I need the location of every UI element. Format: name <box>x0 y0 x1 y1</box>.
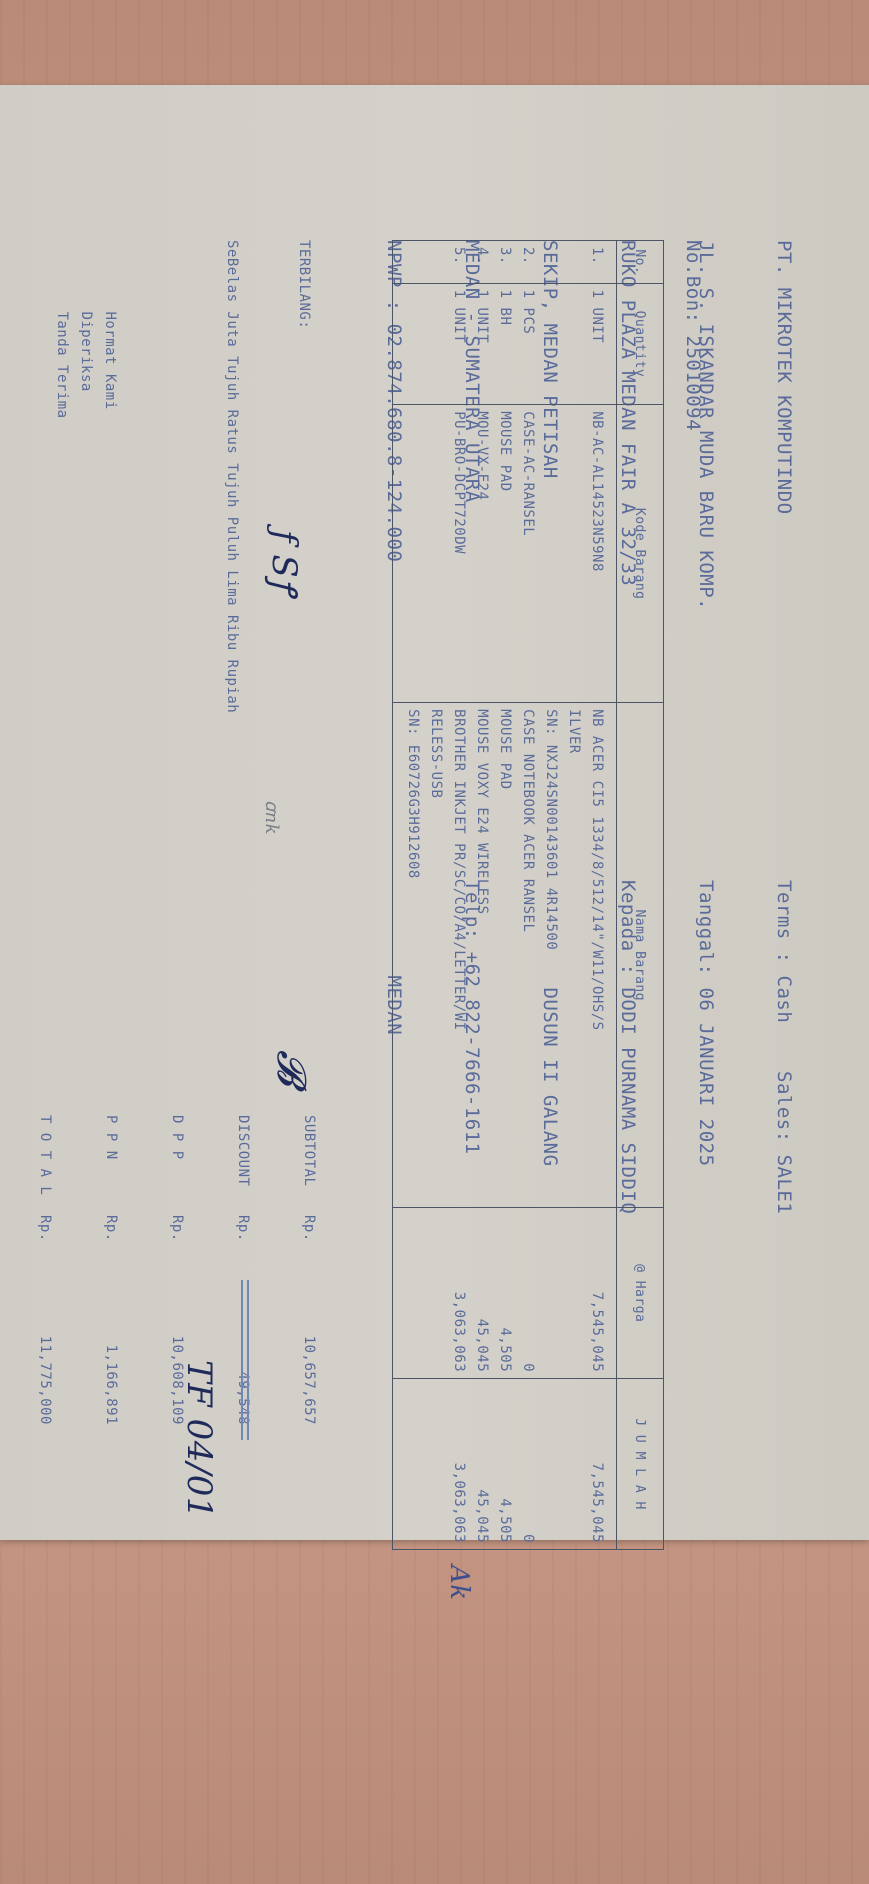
cell-kode: NB-AC-AL14523N59N8 CASE-AC-RANSELMOUSE P… <box>393 405 617 703</box>
sales: Sales: SALE1 <box>773 1071 795 1214</box>
header-no: No. <box>617 241 664 284</box>
header-nama-barang: Nama Barang <box>617 703 664 1208</box>
company-name: PT. MIKROTEK KOMPUTINDO <box>771 240 797 610</box>
invoice-document: PT. MIKROTEK KOMPUTINDO JL. S. ISKANDAR … <box>9 180 869 1620</box>
header-harga: @ Harga <box>617 1208 664 1379</box>
signature-hormat-kami: ƒ Sꝭ <box>263 530 309 595</box>
header-jumlah: J U M L A H <box>617 1379 664 1550</box>
header-quantity: Quantity <box>617 283 664 405</box>
items-table: No. Quantity Kode Barang Nama Barang @ H… <box>392 240 664 1550</box>
cell-harga: 7,545,045 04,505 45,0453,063,063 <box>393 1208 617 1379</box>
totals-row-total: T O T A LRp.11,775,000 <box>34 1115 56 1425</box>
terbilang-text: SeBelas Juta Tujuh Ratus Tujuh Puluh Lim… <box>220 240 244 713</box>
bon-number: No.Bon: 25010094 <box>682 240 704 431</box>
handwritten-transfer-note: TF 04/01 <box>179 1360 219 1519</box>
tanda-terima-label: Tanda Terima <box>54 311 70 418</box>
cell-qty: 1 UNIT 1 PCS1 BH 1 UNIT1 UNIT <box>393 283 617 405</box>
diperiksa-label: Diperiksa <box>74 311 98 601</box>
cell-no: 1. 2.3. 4.5. <box>393 241 617 284</box>
terbilang-label: TERBILANG: <box>292 240 316 713</box>
hormat-kami-label: Hormat Kami <box>98 311 122 601</box>
terms-sales-line: Terms : Cash Sales: SALE1 <box>771 880 797 1214</box>
total-double-underline <box>241 1280 249 1440</box>
invoice-date: Tanggal: 06 JANUARI 2025 <box>693 880 719 1214</box>
table-row: 1. 2.3. 4.5. 1 UNIT 1 PCS1 BH 1 UNIT1 UN… <box>393 241 617 1550</box>
terbilang-section: TERBILANG: SeBelas Juta Tujuh Ratus Tuju… <box>0 240 364 713</box>
signature-diperiksa-pencil: ꭤnk <box>260 800 284 835</box>
table-header-row: No. Quantity Kode Barang Nama Barang @ H… <box>617 241 664 1550</box>
invoice-paper: PT. MIKROTEK KOMPUTINDO JL. S. ISKANDAR … <box>0 85 869 1540</box>
totals-row-ppn: P P NRp.1,166,891 <box>100 1115 122 1425</box>
totals-row-subtotal: SUBTOTALRp.10,657,657 <box>298 1115 320 1425</box>
cell-nama: NB ACER CI5 1334/8/512/14"/W11/OHS/SILVE… <box>393 703 617 1208</box>
terms: Terms : Cash <box>773 880 795 1023</box>
signature-tanda-terima: 𝓑 <box>268 1050 314 1086</box>
cell-jumlah: 7,545,045 04,505 45,0453,063,063 <box>393 1379 617 1550</box>
header-kode-barang: Kode Barang <box>617 405 664 703</box>
handwritten-initials: Ak <box>444 1565 474 1601</box>
